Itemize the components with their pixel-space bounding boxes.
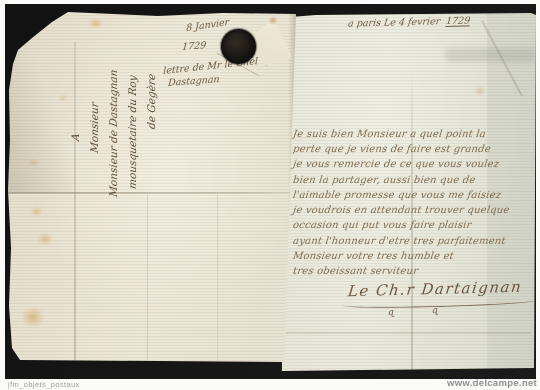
auction-photo-card: a paris Le 4 fevrier 1729 Je suis bien M…	[0, 0, 540, 390]
stain	[21, 306, 45, 328]
address-line: Monsieur de Dastagnan	[105, 51, 124, 201]
address-block: A Monsieur Monsieur de Dastagnan mousque…	[67, 51, 167, 201]
letter-body-line: occasion qui put vous faire plaisir	[293, 218, 537, 233]
ink-showthrough	[445, 48, 535, 62]
letter-body-line: Je suis bien Monsieur a quel point la	[293, 127, 537, 142]
letter-body-line: tres obeissant serviteur	[293, 264, 537, 279]
address-line: mousquetaire du Roy	[124, 51, 143, 201]
wax-seal	[221, 29, 256, 64]
dateline-year: 1729	[446, 15, 471, 27]
address-line: Monsieur	[86, 51, 105, 201]
paraphe-mark: ɋ	[432, 306, 438, 316]
paraphe-mark: ɋ	[388, 308, 394, 318]
letter-body-line: perte que je viens de faire est grande	[293, 142, 537, 157]
seller-watermark: jfm_objets_postaux	[8, 380, 80, 389]
letter-dateline: a paris Le 4 fevrier 1729	[348, 15, 471, 29]
fold-line-vertical	[147, 194, 148, 360]
address-line: de Gegère	[143, 51, 162, 201]
stain	[88, 18, 104, 29]
dateline-text: a paris Le 4 fevrier	[347, 16, 440, 29]
letter-body-line: je voudrois en attendant trouver quelque	[293, 203, 537, 218]
stain	[37, 232, 53, 246]
letter-body-line: l'aimable promesse que vous me faisiez	[293, 188, 537, 203]
letter-body-line: ayant l'honneur d'etre tres parfaitement	[293, 234, 537, 249]
delcampe-watermark: www.delcampe.net	[447, 378, 537, 389]
received-date-year: 1729	[182, 40, 207, 53]
letter-body-line: bien la partager, aussi bien que de	[293, 173, 537, 188]
received-date-note: 8 Janvier	[185, 17, 229, 34]
fold-line-vertical	[217, 194, 218, 360]
address-line: A	[67, 51, 86, 201]
envelope-sheet: 8 Janvier 1729 lettre de Mr le Chel Dast…	[8, 12, 296, 364]
stain	[28, 158, 39, 167]
stain	[474, 86, 486, 96]
contents-note-line2: Dastagnan	[168, 74, 220, 89]
stain	[30, 206, 43, 217]
letter-body-line: Monsieur votre tres humble et	[293, 249, 537, 264]
letter-body-line: je vous remercie de ce que vous voulez	[293, 157, 537, 172]
letter-sheet: a paris Le 4 fevrier 1729 Je suis bien M…	[276, 10, 536, 372]
fold-line	[286, 332, 531, 334]
